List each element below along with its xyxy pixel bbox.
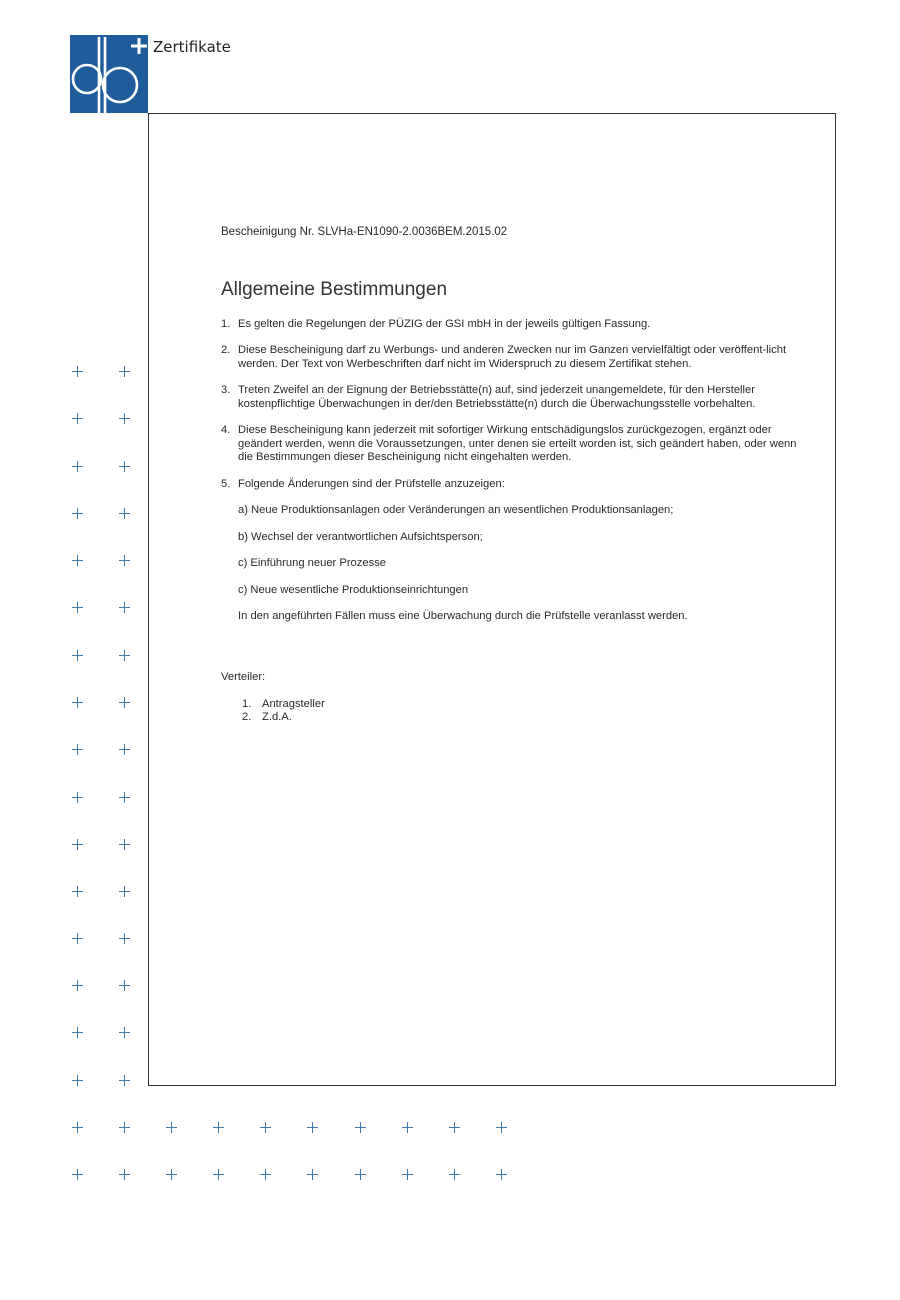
rule-item: 5. Folgende Änderungen sind der Prüfstel…: [221, 478, 801, 624]
plus-cross-icon: [119, 792, 130, 803]
plus-cross-icon: [260, 1169, 271, 1180]
plus-cross-icon: [72, 980, 83, 991]
distribution-item: 1. Antragsteller: [221, 698, 801, 711]
rule-number: 3.: [221, 384, 230, 398]
change-item: c) Einführung neuer Prozesse: [238, 557, 801, 571]
plus-cross-icon: [119, 744, 130, 755]
rule-text: Folgende Änderungen sind der Prüfstelle …: [238, 478, 505, 490]
change-item: c) Neue wesentliche Produktionseinrichtu…: [238, 584, 801, 598]
distribution-text: Antragsteller: [262, 698, 325, 710]
plus-cross-icon: [449, 1122, 460, 1133]
plus-cross-icon: [119, 980, 130, 991]
plus-cross-icon: [449, 1169, 460, 1180]
plus-cross-icon: [72, 508, 83, 519]
rule-number: 5.: [221, 478, 230, 492]
plus-cross-icon: [119, 886, 130, 897]
plus-cross-icon: [402, 1122, 413, 1133]
closing-note: In den angeführten Fällen muss eine Über…: [238, 610, 801, 624]
plus-cross-icon: [72, 792, 83, 803]
distribution-text: Z.d.A.: [262, 711, 292, 723]
change-item: a) Neue Produktionsanlagen oder Veränder…: [238, 504, 801, 518]
brand-label: Zertifikate: [153, 38, 231, 56]
plus-cross-icon: [119, 508, 130, 519]
distribution-list: 1. Antragsteller 2. Z.d.A.: [221, 698, 801, 724]
change-item: b) Wechsel der verantwortlichen Aufsicht…: [238, 531, 801, 545]
plus-cross-icon: [72, 602, 83, 613]
plus-cross-icon: [119, 839, 130, 850]
plus-cross-icon: [119, 1169, 130, 1180]
pb-plus-logo-icon: [70, 35, 148, 113]
rule-text: Es gelten die Regelungen der PÜZIG der G…: [238, 318, 650, 330]
rule-text: Diese Bescheinigung kann jederzeit mit s…: [238, 424, 797, 463]
plus-cross-icon: [72, 933, 83, 944]
plus-cross-icon: [72, 461, 83, 472]
plus-cross-icon: [355, 1169, 366, 1180]
rule-item: 3. Treten Zweifel an der Eignung der Bet…: [221, 384, 801, 411]
plus-cross-icon: [119, 650, 130, 661]
distribution-number: 1.: [242, 698, 251, 711]
document-body: Bescheinigung Nr. SLVHa-EN1090-2.0036BEM…: [221, 226, 801, 724]
rule-number: 1.: [221, 318, 230, 332]
plus-cross-icon: [72, 1122, 83, 1133]
distribution-item: 2. Z.d.A.: [221, 711, 801, 724]
plus-cross-icon: [119, 366, 130, 377]
plus-cross-icon: [72, 1169, 83, 1180]
plus-cross-icon: [72, 413, 83, 424]
plus-cross-icon: [119, 555, 130, 566]
plus-cross-icon: [260, 1122, 271, 1133]
plus-cross-icon: [307, 1169, 318, 1180]
plus-cross-icon: [496, 1122, 507, 1133]
plus-cross-icon: [119, 413, 130, 424]
distribution-number: 2.: [242, 711, 251, 724]
plus-cross-icon: [72, 886, 83, 897]
rules-list: 1. Es gelten die Regelungen der PÜZIG de…: [221, 318, 801, 624]
plus-cross-icon: [119, 1075, 130, 1086]
plus-cross-icon: [213, 1122, 224, 1133]
plus-cross-icon: [119, 1122, 130, 1133]
rule-item: 1. Es gelten die Regelungen der PÜZIG de…: [221, 318, 801, 332]
plus-cross-icon: [166, 1169, 177, 1180]
plus-cross-icon: [307, 1122, 318, 1133]
plus-cross-icon: [119, 461, 130, 472]
plus-cross-icon: [119, 697, 130, 708]
plus-cross-icon: [72, 1027, 83, 1038]
plus-cross-icon: [119, 602, 130, 613]
plus-cross-icon: [496, 1169, 507, 1180]
plus-cross-icon: [402, 1169, 413, 1180]
plus-cross-icon: [355, 1122, 366, 1133]
plus-cross-icon: [72, 744, 83, 755]
change-list: a) Neue Produktionsanlagen oder Veränder…: [238, 504, 801, 597]
plus-cross-icon: [166, 1122, 177, 1133]
plus-cross-icon: [72, 650, 83, 661]
distribution-label: Verteiler:: [221, 671, 801, 685]
plus-cross-icon: [72, 1075, 83, 1086]
plus-cross-icon: [72, 839, 83, 850]
plus-cross-icon: [72, 366, 83, 377]
plus-cross-icon: [72, 555, 83, 566]
document-title: Allgemeine Bestimmungen: [221, 279, 801, 301]
plus-cross-icon: [119, 1027, 130, 1038]
plus-cross-icon: [213, 1169, 224, 1180]
rule-text: Treten Zweifel an der Eignung der Betrie…: [238, 384, 755, 410]
rule-item: 4. Diese Bescheinigung kann jederzeit mi…: [221, 424, 801, 465]
rule-number: 4.: [221, 424, 230, 438]
certificate-number: Bescheinigung Nr. SLVHa-EN1090-2.0036BEM…: [221, 226, 801, 240]
plus-cross-icon: [72, 697, 83, 708]
plus-cross-icon: [119, 933, 130, 944]
rule-text: Diese Bescheinigung darf zu Werbungs- un…: [238, 344, 786, 370]
rule-item: 2. Diese Bescheinigung darf zu Werbungs-…: [221, 344, 801, 371]
rule-number: 2.: [221, 344, 230, 358]
